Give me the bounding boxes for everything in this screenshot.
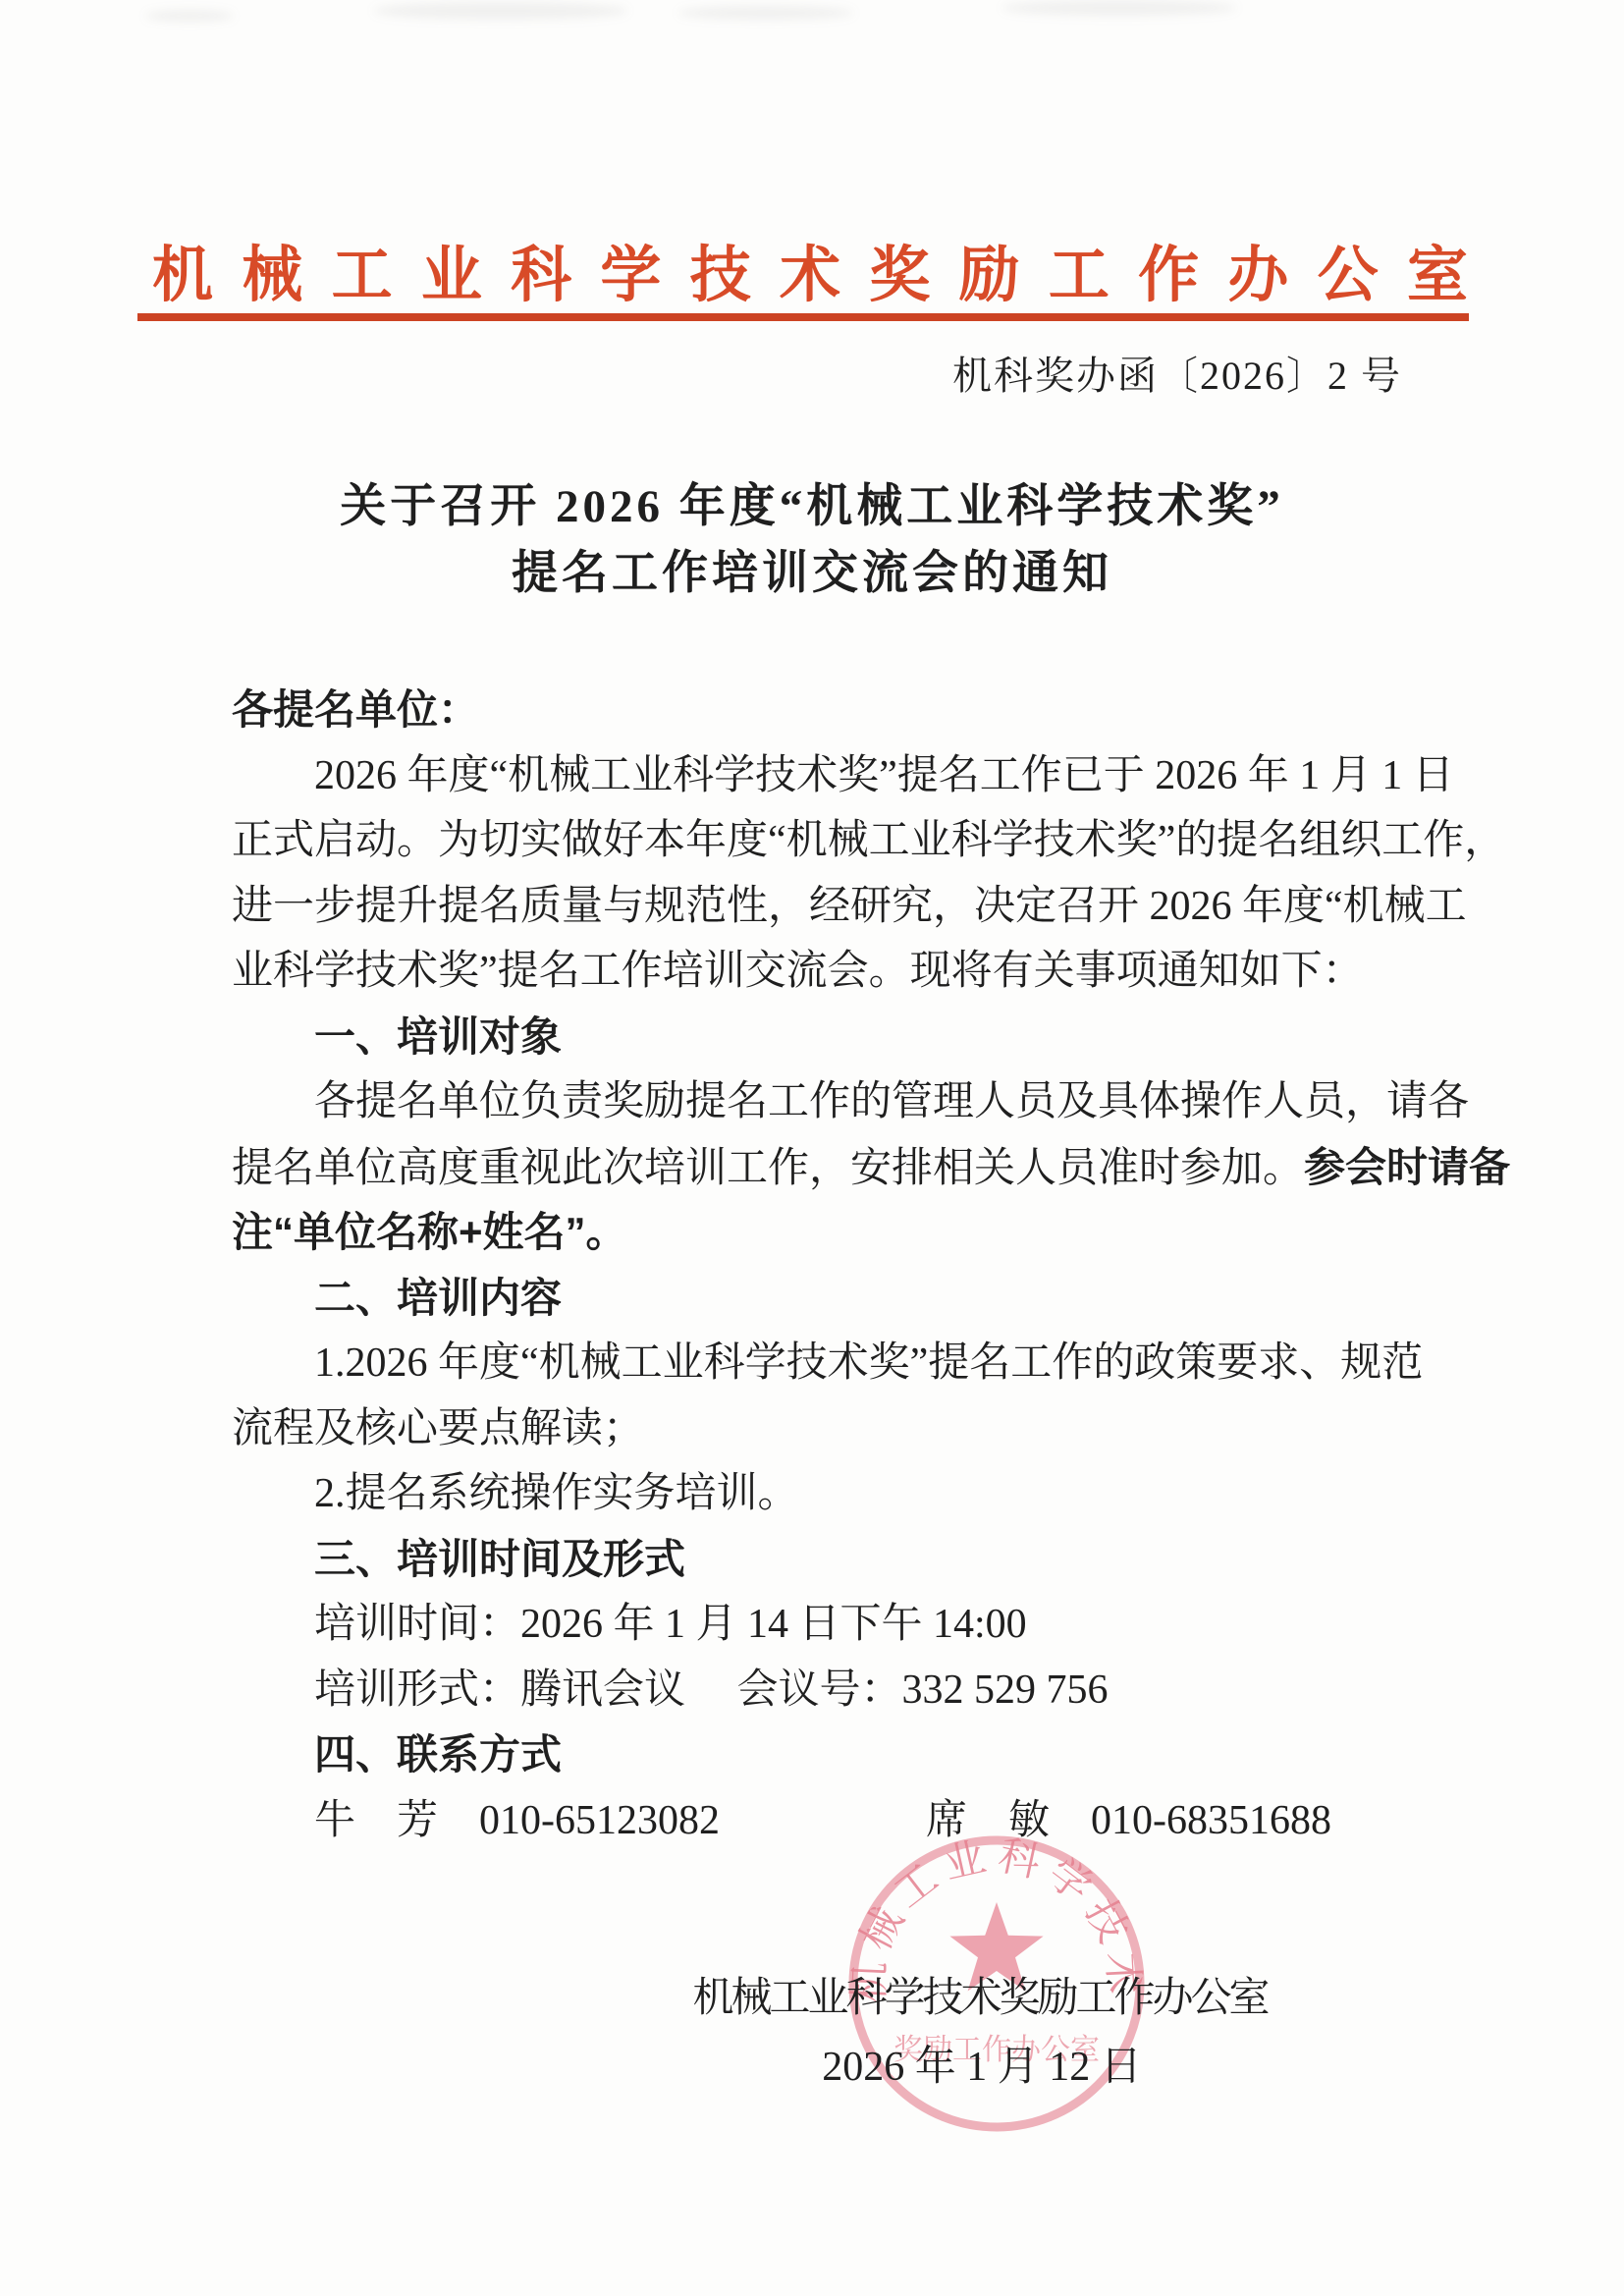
scan-artifact <box>373 2 628 20</box>
doc-number: 机科奖办函〔2026〕2 号 <box>952 345 1402 401</box>
body-heading-line: 一、培训对象 <box>232 1005 1384 1070</box>
body-line: 注“单位名称+姓名”。 <box>232 1200 1384 1266</box>
body-line: 2.提名系统操作实务培训。 <box>232 1461 1384 1527</box>
scan-artifact <box>1001 0 1237 16</box>
letterhead-rule <box>137 313 1469 321</box>
body-heading-line: 四、联系方式 <box>232 1722 1384 1788</box>
body-line: 提名单位高度重视此次培训工作，安排相关人员准时参加。参会时请备 <box>232 1135 1384 1201</box>
body-line: 2026 年度“机械工业科学技术奖”提名工作已于 2026 年 1 月 1 日 <box>232 743 1384 809</box>
signature-org: 机械工业科学技术奖励工作办公室 <box>692 1965 1267 2024</box>
letterhead-title: 机械工业科学技术奖励工作办公室 <box>152 243 1468 309</box>
body-line: 培训形式：腾讯会议 会议号：332 529 756 <box>232 1658 1384 1723</box>
body-line: 各提名单位负责奖励提名工作的管理人员及具体操作人员，请各 <box>232 1069 1384 1135</box>
body-heading-line: 二、培训内容 <box>232 1266 1384 1332</box>
body-line: 正式启动。为切实做好本年度“机械工业科学技术奖”的提名组织工作， <box>232 808 1384 874</box>
notice-document-page: 机械工业科学技术奖励工作办公室 机科奖办函〔2026〕2 号 关于召开 2026… <box>0 0 1624 2296</box>
scan-artifact <box>145 10 234 22</box>
notice-title: 关于召开 2026 年度“机械工业科学技术奖” 提名工作培训交流会的通知 <box>0 473 1624 607</box>
notice-body: 各提名单位：2026 年度“机械工业科学技术奖”提名工作已于 2026 年 1 … <box>232 678 1384 1853</box>
body-line: 进一步提升提名质量与规范性，经研究，决定召开 2026 年度“机械工 <box>232 874 1384 940</box>
body-line: 1.2026 年度“机械工业科学技术奖”提名工作的政策要求、规范 <box>232 1331 1384 1396</box>
notice-title-line2: 提名工作培训交流会的通知 <box>0 540 1624 607</box>
body-line: 牛 芳 010-65123082 席 敏 010-68351688 <box>232 1788 1384 1854</box>
scan-artifact <box>677 6 854 20</box>
body-heading-line: 三、培训时间及形式 <box>232 1527 1384 1593</box>
body-line: 流程及核心要点解读； <box>232 1396 1384 1462</box>
body-line: 培训时间：2026 年 1 月 14 日下午 14:00 <box>232 1592 1384 1658</box>
notice-title-line1: 关于召开 2026 年度“机械工业科学技术奖” <box>0 473 1624 540</box>
signature-date: 2026 年 1 月 12 日 <box>822 2034 1142 2093</box>
body-line: 业科学技术奖”提名工作培训交流会。现将有关事项通知如下： <box>232 939 1384 1005</box>
body-heading-line: 各提名单位： <box>232 678 1384 743</box>
